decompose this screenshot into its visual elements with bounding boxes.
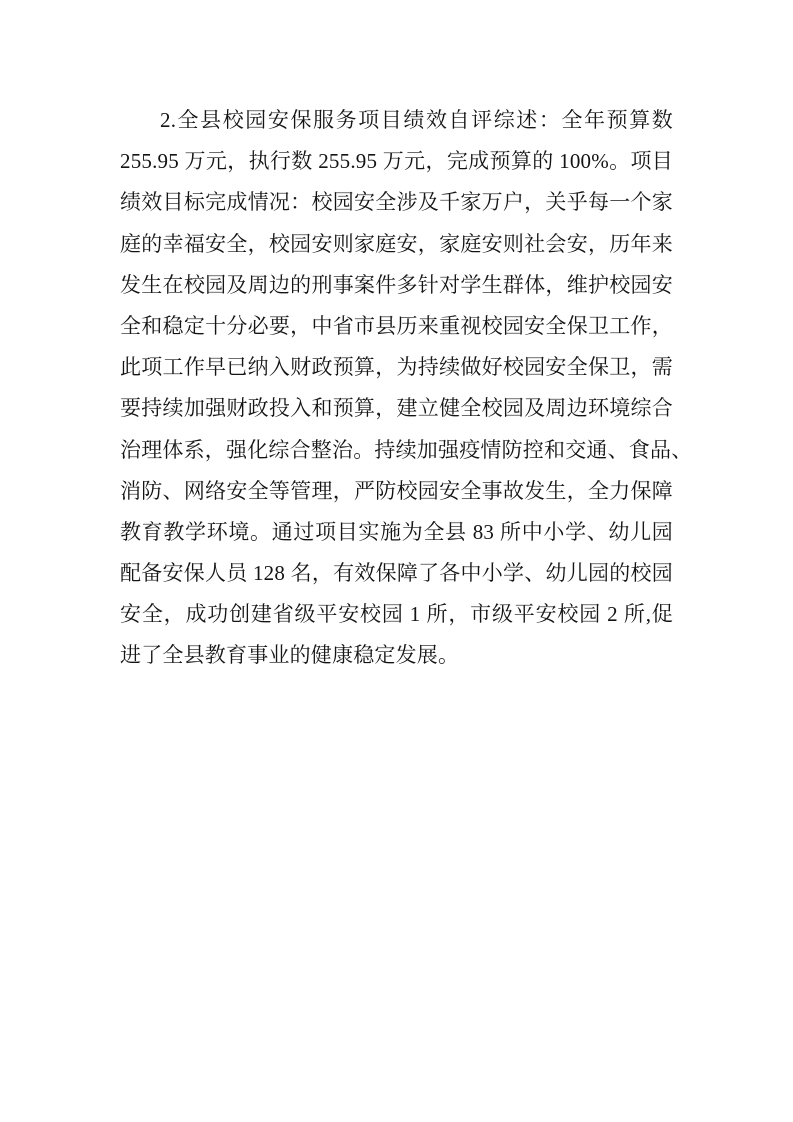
paragraph-line: 发生在校园及周边的刑事案件多针对学生群体，维护校园安	[120, 265, 673, 306]
paragraph-line: 庭的幸福安全，校园安则家庭安，家庭安则社会安，历年来	[120, 224, 673, 265]
paragraph-line: 进了全县教育事业的健康稳定发展。	[120, 635, 673, 676]
paragraph-line: 2.全县校园安保服务项目绩效自评综述：全年预算数	[120, 100, 673, 141]
paragraph-line: 教育教学环境。通过项目实施为全县 83 所中小学、幼儿园	[120, 512, 673, 553]
paragraph-line: 255.95 万元，执行数 255.95 万元，完成预算的 100%。项目	[120, 141, 673, 182]
document-page: 2.全县校园安保服务项目绩效自评综述：全年预算数 255.95 万元，执行数 2…	[0, 0, 793, 1122]
paragraph-line: 消防、网络安全等管理，严防校园安全事故发生，全力保障	[120, 471, 673, 512]
paragraph-line: 此项工作早已纳入财政预算，为持续做好校园安全保卫，需	[120, 347, 673, 388]
paragraph-line: 要持续加强财政投入和预算，建立健全校园及周边环境综合	[120, 388, 673, 429]
paragraph-line: 安全，成功创建省级平安校园 1 所，市级平安校园 2 所,促	[120, 594, 673, 635]
paragraph-line: 治理体系，强化综合整治。持续加强疫情防控和交通、食品、	[120, 430, 673, 471]
paragraph-line: 全和稳定十分必要，中省市县历来重视校园安全保卫工作，	[120, 306, 673, 347]
paragraph-line: 配备安保人员 128 名，有效保障了各中小学、幼儿园的校园	[120, 553, 673, 594]
performance-summary-paragraph: 2.全县校园安保服务项目绩效自评综述：全年预算数 255.95 万元，执行数 2…	[120, 100, 673, 677]
paragraph-line: 绩效目标完成情况：校园安全涉及千家万户，关乎每一个家	[120, 182, 673, 223]
